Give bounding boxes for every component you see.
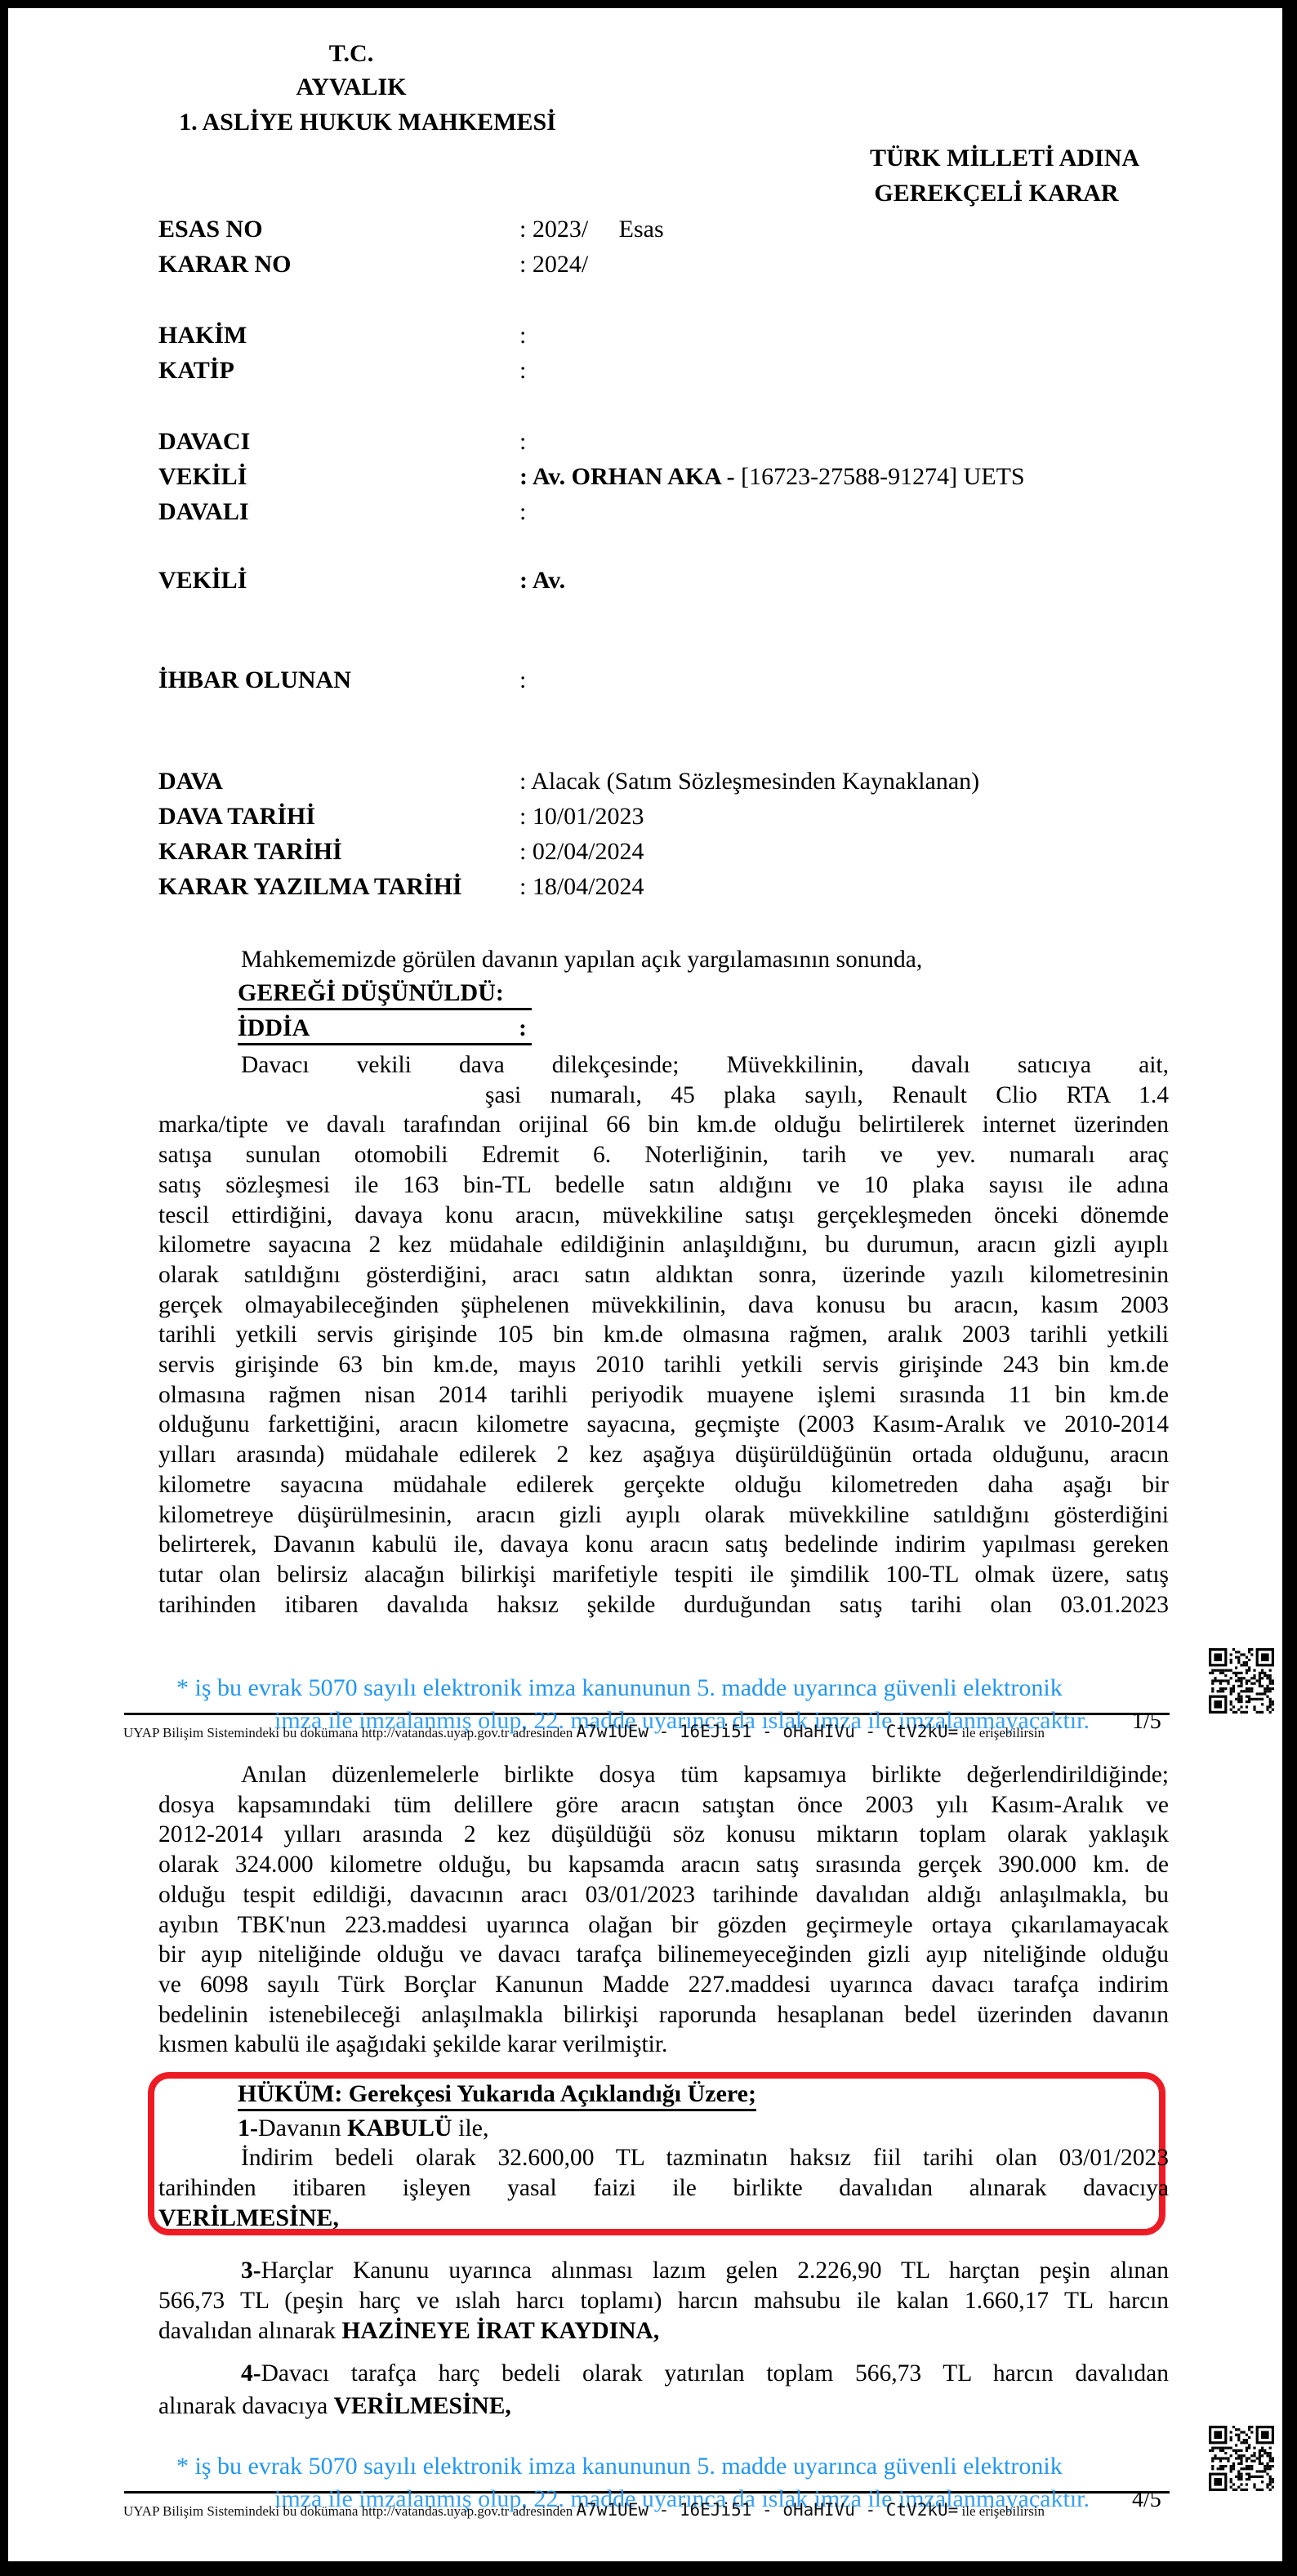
text-line-content: yılları arasında) müdahale edilerek 2 ke… — [158, 1442, 1169, 1468]
item4-bold: VERİLMESİNE, — [334, 2393, 511, 2419]
text-line-content: tarihli yetkili servis girişinde 105 bin… — [158, 1321, 1169, 1348]
text-line-content: tarihinden itibaren davalıda haksız şeki… — [158, 1592, 1169, 1618]
field-value: : 2024/ — [519, 251, 588, 279]
text-line-content: İndirim bedeli olarak 32.600,00 TL tazmi… — [241, 2145, 1169, 2171]
verdict-item-1-final: VERİLMESİNE, — [158, 2204, 339, 2233]
text-line: satışa sunulan otomobili Edremit 6. Note… — [158, 1140, 1169, 1170]
item3-number: 3- — [241, 2257, 261, 2284]
field-label: HAKİM — [158, 322, 247, 350]
field-label: DAVACI — [158, 428, 250, 456]
field-value: : 2023/ Esas — [519, 216, 664, 243]
field-value-text: : 2023/ Esas — [519, 216, 664, 243]
text-line-content: servis girişinde 63 bin km.de, mayıs 201… — [158, 1352, 1169, 1378]
field-label: İHBAR OLUNAN — [158, 666, 351, 694]
text-line: 3-Harçlar Kanunu uyarınca alınması lazım… — [158, 2256, 1169, 2286]
text-line-content: tutar olan belirsiz alacağın bilirkişi m… — [158, 1562, 1169, 1588]
header-tc: T.C. — [180, 38, 523, 70]
heading-iddia-colon: : — [519, 1014, 527, 1043]
heading-iddia-label: İDDİA — [238, 1014, 310, 1041]
text-line-content: marka/tipte ve davalı tarafından orijina… — [158, 1112, 1169, 1138]
text-line: gerçek olmayabileceğinden şüphelenen müv… — [158, 1290, 1169, 1321]
text-line-content: olarak 324.000 kilometre olduğu, bu kaps… — [158, 1852, 1169, 1878]
text-line: olarak satıldığını gösterdiğini, aracı s… — [158, 1260, 1169, 1290]
text-line: ayıbın TBK'nun 223.maddesi uyarınca olağ… — [158, 1910, 1169, 1941]
field-value: : — [519, 322, 526, 350]
text-line-content: kilometre sayacına müdahale edilerek ger… — [158, 1472, 1169, 1498]
footer-verification-code[interactable]: A7w1UEw - 16EJi51 - oHaHIVu - CtV2kU= — [576, 1722, 958, 1741]
field-value-text: : 2024/ — [519, 251, 588, 278]
field-value-text: : 02/04/2024 — [519, 838, 644, 865]
field-label: KARAR TARİHİ — [158, 838, 342, 866]
field-value-text: : 18/04/2024 — [519, 873, 644, 900]
field-value: : — [519, 357, 526, 385]
text-line: 2012-2014 yılları arasında 2 kez düşüldü… — [158, 1820, 1169, 1850]
text-line-content: olarak satıldığını gösterdiğini, aracı s… — [158, 1262, 1169, 1288]
text-line: tarihinden itibaren davalıda haksız şeki… — [158, 1590, 1169, 1620]
field-value: : Alacak (Satım Sözleşmesinden Kaynaklan… — [519, 768, 979, 796]
page-number-1: 1/5 — [1132, 1709, 1161, 1735]
qr-code-icon — [1209, 2426, 1274, 2491]
text-line: kilometreye düşürülmesinin, aracın gizli… — [158, 1500, 1169, 1531]
qr-code-icon — [1209, 1648, 1274, 1714]
field-label: ESAS NO — [158, 216, 263, 243]
item4-text: Davacı tarafça harç bedeli olarak yatırı… — [261, 2360, 1169, 2387]
text-line: Davacı vekili dava dilekçesinde; Müvekki… — [158, 1050, 1169, 1081]
text-line-content: ve 6098 sayılı Türk Borçlar Kanunun Madd… — [158, 1972, 1169, 1998]
text-line: olarak 324.000 kilometre olduğu, bu kaps… — [158, 1850, 1169, 1880]
item3-bold: HAZİNEYE İRAT KAYDINA, — [341, 2318, 659, 2344]
header-city: AYVALIK — [180, 71, 523, 104]
field-value: : Av. — [519, 567, 565, 595]
item4-last-text: alınarak davacıya — [158, 2393, 334, 2419]
esign-notice-line1: * iş bu evrak 5070 sayılı elektronik imz… — [176, 1674, 1063, 1702]
item1-text: Davanın — [258, 2115, 347, 2141]
field-value-text: : — [519, 428, 526, 455]
text-line: marka/tipte ve davalı tarafından orijina… — [158, 1110, 1169, 1140]
field-value: : Av. ORHAN AKA - [16723-27588-91274] UE… — [519, 463, 1025, 491]
item1-bold: KABULÜ — [347, 2115, 452, 2141]
field-label: DAVA TARİHİ — [158, 803, 315, 831]
heading-geregi-dusunuldu: GEREĞİ DÜŞÜNÜLDÜ: — [238, 978, 532, 1010]
footer-verification-code[interactable]: A7w1UEw - 16EJi51 - oHaHIVu - CtV2kU= — [576, 2500, 958, 2520]
field-label: VEKİLİ — [158, 463, 247, 491]
text-line-content: Davacı vekili dava dilekçesinde; Müvekki… — [241, 1052, 1169, 1078]
text-line: kısmen kabulü ile aşağıdaki şekilde kara… — [158, 2030, 1169, 2060]
text-line: Anılan düzenlemelerle birlikte dosya tüm… — [158, 1760, 1169, 1790]
field-value-text: : — [519, 498, 526, 525]
text-line: yılları arasında) müdahale edilerek 2 ke… — [158, 1440, 1169, 1470]
text-line: şasi numaralı, 45 plaka sayılı, Renault … — [158, 1081, 1169, 1111]
item4-number: 4- — [241, 2360, 261, 2387]
text-line-content: dosya kapsamındaki tüm delillere göre ar… — [158, 1792, 1169, 1818]
page-number-4: 4/5 — [1132, 2487, 1161, 2513]
text-line: ve 6098 sayılı Türk Borçlar Kanunun Madd… — [158, 1970, 1169, 2000]
field-value-text: : 10/01/2023 — [519, 803, 644, 830]
text-line: belirterek, Davanın kabulü ile, davaya k… — [158, 1530, 1169, 1560]
text-line-content: şasi numaralı, 45 plaka sayılı, Renault … — [485, 1082, 1169, 1108]
field-label: DAVA — [158, 768, 223, 796]
text-line-content: satış sözleşmesi ile 163 bin-TL bedelle … — [158, 1172, 1169, 1198]
text-line: olmasına rağmen nisan 2014 tarihli periy… — [158, 1380, 1169, 1411]
verdict-item-4-last: alınarak davacıya VERİLMESİNE, — [158, 2391, 511, 2421]
field-value-text: : Alacak (Satım Sözleşmesinden Kaynaklan… — [519, 768, 979, 795]
text-line-content: bir ayıp niteliğinde olduğu ve davacı ta… — [158, 1941, 1169, 1968]
verdict-item-3-last: davalıdan alınarak HAZİNEYE İRAT KAYDINA… — [158, 2316, 659, 2346]
document-page: T.C. AYVALIK 1. ASLİYE HUKUK MAHKEMESİ T… — [8, 8, 1282, 2561]
item1-number: 1- — [238, 2115, 258, 2141]
text-line-content: 2012-2014 yılları arasında 2 kez düşüldü… — [158, 1821, 1169, 1847]
text-line: kilometre sayacına 2 kez müdahale edildi… — [158, 1230, 1169, 1260]
text-line-content: 566,73 TL (peşin harç ve ıslah harcı top… — [158, 2288, 1169, 2314]
footer-uyap-text: UYAP Bilişim Sistemindeki bu dokümana ht… — [123, 1722, 1045, 1741]
header-court: 1. ASLİYE HUKUK MAHKEMESİ — [147, 106, 588, 139]
field-value-text: : — [519, 322, 526, 349]
text-line-content: kilometre sayacına 2 kez müdahale edildi… — [158, 1232, 1169, 1258]
esign-notice-line1-p4: * iş bu evrak 5070 sayılı elektronik imz… — [176, 2453, 1063, 2480]
text-line-content: olduğu tespit edildiği, davacının aracı … — [158, 1882, 1169, 1908]
intro-paragraph: Mahkememizde görülen davanın yapılan açı… — [158, 945, 1169, 975]
text-line-content: kilometreye düşürülmesinin, aracın gizli… — [158, 1502, 1169, 1528]
field-value-text: : — [519, 666, 526, 693]
text-line-content: olduğunu farkettiğini, aracın kilometre … — [158, 1411, 1169, 1437]
text-line-content: belirterek, Davanın kabulü ile, davaya k… — [158, 1531, 1169, 1558]
footer-uyap-suffix: ile erişebilirsin — [962, 2503, 1045, 2519]
field-value-text: [16723-27588-91274] UETS — [741, 463, 1024, 490]
field-label: DAVALI — [158, 498, 249, 526]
footer-uyap-text-p4: UYAP Bilişim Sistemindeki bu dokümana ht… — [123, 2500, 1045, 2520]
text-line-content: gerçek olmayabileceğinden şüphelenen müv… — [158, 1292, 1169, 1318]
text-line-content: Anılan düzenlemelerle birlikte dosya tüm… — [241, 1762, 1169, 1788]
text-line-content: bedelinin istenebileceği anlaşılmakla bi… — [158, 2002, 1169, 2028]
field-value: : — [519, 498, 526, 526]
text-line: tarihinden itibaren işleyen yasal faizi … — [158, 2173, 1169, 2204]
item1-tail: ile, — [452, 2115, 489, 2141]
field-value-bold: : Av. — [519, 567, 565, 594]
text-line-content: Harçlar Kanunu uyarınca alınması lazım g… — [261, 2257, 1169, 2284]
text-line: 566,73 TL (peşin harç ve ıslah harcı top… — [158, 2286, 1169, 2316]
field-value: : — [519, 666, 526, 694]
text-line: tescil ettirdiğini, davaya konu aracın, … — [158, 1201, 1169, 1231]
verdict-heading: HÜKÜM: Gerekçesi Yukarıda Açıklandığı Üz… — [238, 2079, 756, 2111]
text-line-content: tescil ettirdiğini, davaya konu aracın, … — [158, 1202, 1169, 1228]
footer-uyap-suffix: ile erişebilirsin — [962, 1725, 1045, 1740]
field-value-bold: : Av. ORHAN AKA - — [519, 463, 741, 490]
text-line: olduğu tespit edildiği, davacının aracı … — [158, 1880, 1169, 1910]
verdict-item-1: 1-Davanın KABULÜ ile, — [238, 2114, 489, 2143]
text-line: bedelinin istenebileceği anlaşılmakla bi… — [158, 2000, 1169, 2030]
field-label: KATİP — [158, 357, 234, 385]
header-doc-type: GEREKÇELİ KARAR — [833, 177, 1160, 210]
text-line: dosya kapsamındaki tüm delillere göre ar… — [158, 1790, 1169, 1821]
item3-last-text: davalıdan alınarak — [158, 2318, 341, 2344]
field-label: KARAR YAZILMA TARİHİ — [158, 873, 462, 901]
text-line: servis girişinde 63 bin km.de, mayıs 201… — [158, 1350, 1169, 1380]
field-value: : 02/04/2024 — [519, 838, 644, 866]
text-line: kilometre sayacına müdahale edilerek ger… — [158, 1470, 1169, 1500]
text-line-content: satışa sunulan otomobili Edremit 6. Note… — [158, 1142, 1169, 1168]
field-label: KARAR NO — [158, 251, 292, 279]
text-line-content: tarihinden itibaren işleyen yasal faizi … — [158, 2175, 1169, 2201]
field-value: : — [519, 428, 526, 456]
field-value: : 18/04/2024 — [519, 873, 644, 901]
text-line: olduğunu farkettiğini, aracın kilometre … — [158, 1410, 1169, 1440]
field-value-text: : — [519, 357, 526, 384]
verdict-item-4: 4-Davacı tarafça harç bedeli olarak yatı… — [158, 2359, 1169, 2389]
footer-uyap-prefix: UYAP Bilişim Sistemindeki bu dokümana ht… — [123, 2503, 573, 2519]
text-line: tarihli yetkili servis girişinde 105 bin… — [158, 1320, 1169, 1350]
text-line: satış sözleşmesi ile 163 bin-TL bedelle … — [158, 1170, 1169, 1201]
text-line-content: ayıbın TBK'nun 223.maddesi uyarınca olağ… — [158, 1912, 1169, 1938]
text-line: tutar olan belirsiz alacağın bilirkişi m… — [158, 1560, 1169, 1590]
footer-uyap-prefix: UYAP Bilişim Sistemindeki bu dokümana ht… — [123, 1725, 573, 1740]
field-label: VEKİLİ — [158, 567, 247, 595]
heading-iddia: İDDİA : — [238, 1014, 532, 1045]
text-line: İndirim bedeli olarak 32.600,00 TL tazmi… — [158, 2143, 1169, 2173]
text-line: bir ayıp niteliğinde olduğu ve davacı ta… — [158, 1940, 1169, 1970]
text-line-content: kısmen kabulü ile aşağıdaki şekilde kara… — [158, 2031, 667, 2057]
header-nation: TÜRK MİLLETİ ADINA — [833, 142, 1176, 175]
field-value: : 10/01/2023 — [519, 803, 644, 831]
text-line-content: olmasına rağmen nisan 2014 tarihli periy… — [158, 1382, 1169, 1408]
